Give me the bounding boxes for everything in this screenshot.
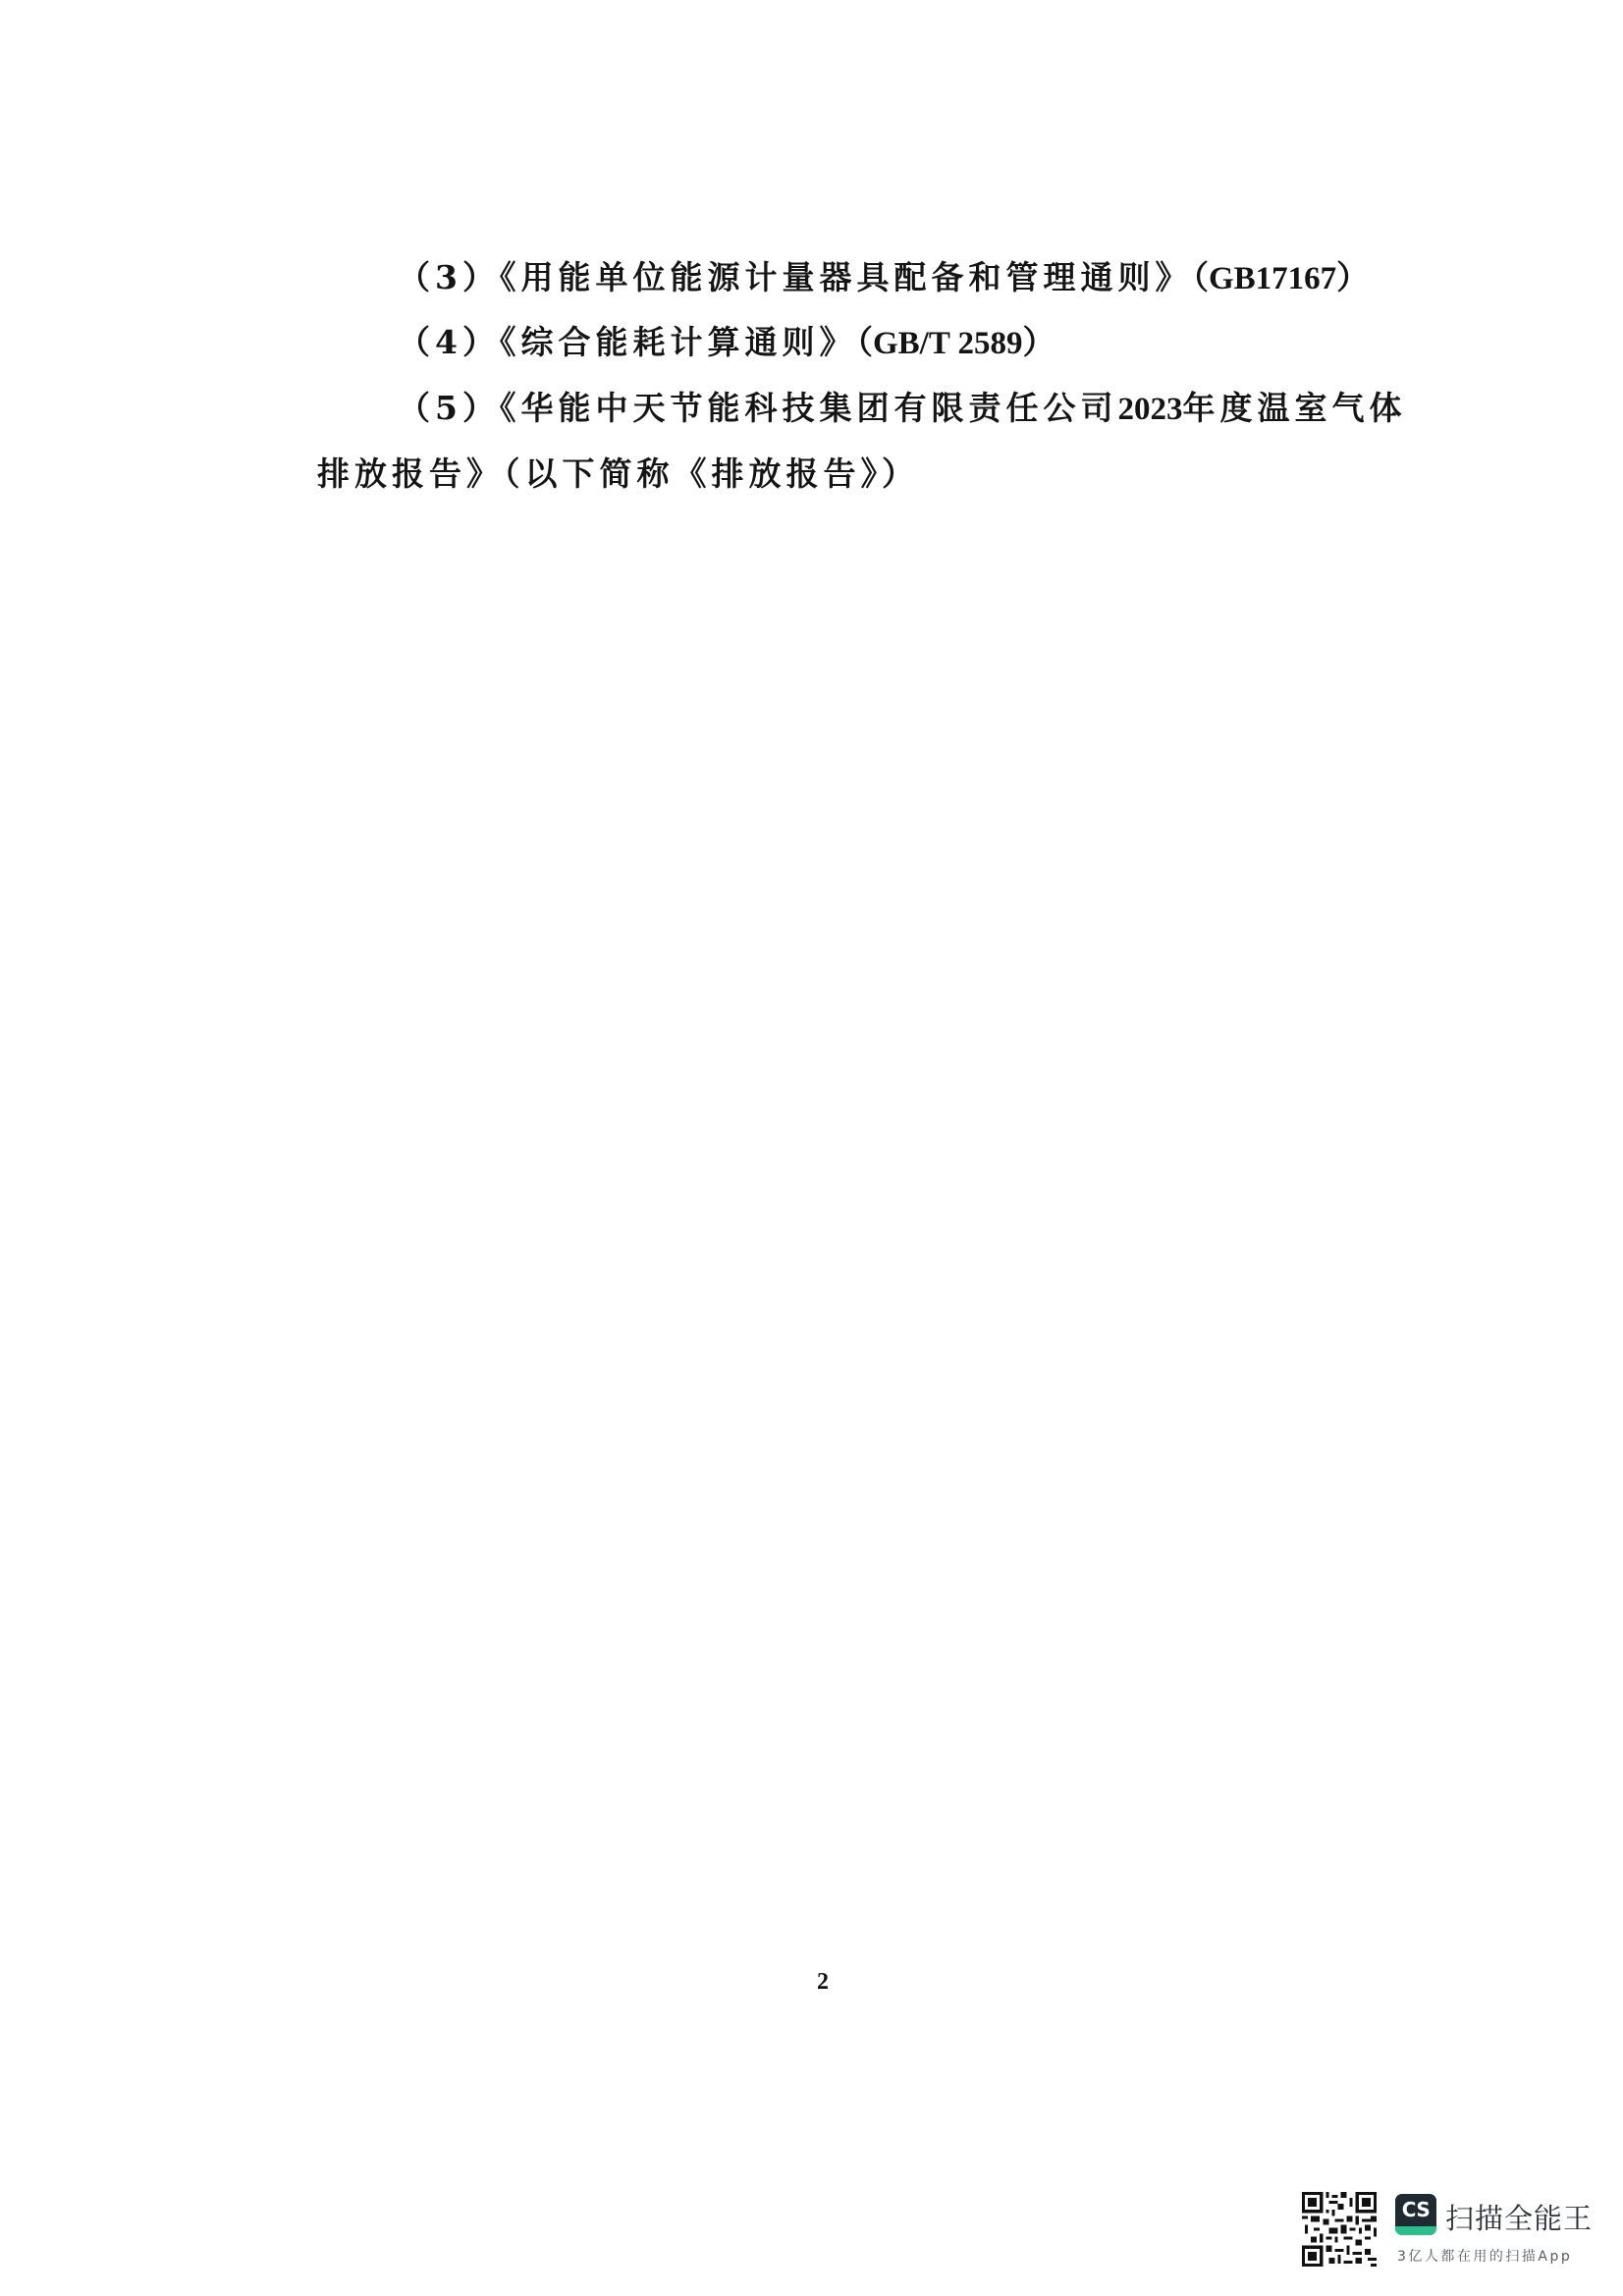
camscanner-logo-icon: CS [1395,2194,1436,2235]
page-number: 2 [817,1969,829,1996]
reference-title-part1: 《华能中天节能科技集团有限责任公司 [500,389,1118,427]
reference-number: （3） [398,258,500,296]
reference-code: （GB/T 2589） [856,326,1055,361]
reference-continuation: 排放报告》（以下简称《排放报告》） [317,454,919,493]
reference-item-3: （3）《用能单位能源计量器具配备和管理通则》（GB17167） [398,258,1369,298]
reference-item-5-continuation: 排放报告》（以下简称《排放报告》） [317,454,919,494]
brand-name: 扫描全能王 [1445,2197,1593,2237]
qr-code-icon [1302,2191,1377,2268]
reference-item-4: （4）《综合能耗计算通则》（GB/T 2589） [398,323,1055,363]
reference-title: 《综合能耗计算通则》 [500,323,857,361]
camscanner-watermark: CS 扫描全能王 3亿人都在用的扫描App [1302,2189,1596,2271]
reference-number: （4） [398,323,500,361]
reference-number: （5） [398,389,500,427]
brand-tagline: 3亿人都在用的扫描App [1397,2246,1572,2266]
reference-title-part2: 年度温室气体 [1182,389,1406,427]
reference-title-year: 2023 [1117,392,1182,427]
reference-title: 《用能单位能源计量器具配备和管理通则》 [500,258,1193,296]
reference-item-5: （5）《华能中天节能科技集团有限责任公司2023年度温室气体 [398,389,1406,429]
scanned-document-page: （3）《用能单位能源计量器具配备和管理通则》（GB17167） （4）《综合能耗… [0,0,1623,2296]
reference-code: （GB17167） [1192,261,1369,296]
